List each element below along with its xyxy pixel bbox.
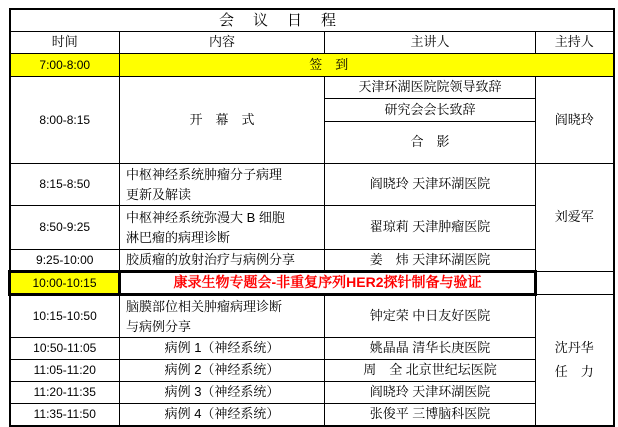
- column-header-speaker: 主讲人: [325, 32, 536, 54]
- opening-speaker-leadership: 天津环湖医院院领导致辞: [325, 77, 536, 99]
- column-header-moderator: 主持人: [536, 32, 614, 54]
- molecular-time: 8:15-8:50: [10, 164, 120, 206]
- case3-content: 病例 3（神经系统）: [120, 382, 325, 404]
- opening-moderator: 阎晓玲: [536, 77, 614, 164]
- late-block-moderators: 沈丹华 任 力: [536, 295, 614, 424]
- meningeal-speaker: 钟定荣 中日友好医院: [325, 295, 536, 338]
- lymphoma-content-line2: 淋巴瘤的病理诊断: [126, 228, 320, 248]
- glioma-speaker: 姜 炜 天津环湖医院: [325, 250, 536, 272]
- agenda-table: 会 议 日 程 时间 内容 主讲人 主持人 7:00-8:00 签 到 8:00…: [8, 8, 615, 423]
- lymphoma-time: 8:50-9:25: [10, 206, 120, 250]
- special-session-title: 康录生物专题会-非重复序列HER2探针制备与验证: [120, 272, 536, 295]
- case2-time: 11:05-11:20: [10, 360, 120, 382]
- case1-time: 10:50-11:05: [10, 338, 120, 360]
- case2-content: 病例 2（神经系统）: [120, 360, 325, 382]
- lymphoma-content-line1: 中枢神经系统弥漫大 B 细胞: [126, 208, 320, 228]
- column-header-content: 内容: [120, 32, 325, 54]
- column-header-time: 时间: [10, 32, 120, 54]
- meningeal-content: 脑膜部位相关肿瘤病理诊断 与病例分享: [120, 295, 325, 338]
- late-block-moderator-2: 任 力: [540, 360, 609, 384]
- late-block-moderator-1: 沈丹华: [540, 336, 609, 360]
- molecular-content-line1: 中枢神经系统肿瘤分子病理: [126, 165, 320, 185]
- case3-time: 11:20-11:35: [10, 382, 120, 404]
- molecular-content-line2: 更新及解读: [126, 185, 320, 205]
- glioma-content: 胶质瘤的放射治疗与病例分享: [120, 250, 325, 272]
- opening-content: 开 幕 式: [120, 77, 325, 164]
- case4-speaker: 张俊平 三博脑科医院: [325, 404, 536, 424]
- case4-time: 11:35-11:50: [10, 404, 120, 424]
- opening-speaker-president: 研究会会长致辞: [325, 99, 536, 122]
- special-session-moderator: [536, 272, 614, 295]
- lymphoma-speaker: 翟琼莉 天津肿瘤医院: [325, 206, 536, 250]
- meningeal-content-line2: 与病例分享: [126, 317, 320, 337]
- lymphoma-content: 中枢神经系统弥漫大 B 细胞 淋巴瘤的病理诊断: [120, 206, 325, 250]
- case4-content: 病例 4（神经系统）: [120, 404, 325, 424]
- molecular-content: 中枢神经系统肿瘤分子病理 更新及解读: [120, 164, 325, 206]
- glioma-time: 9:25-10:00: [10, 250, 120, 272]
- molecular-speaker: 阎晓玲 天津环湖医院: [325, 164, 536, 206]
- meningeal-content-line1: 脑膜部位相关肿瘤病理诊断: [126, 297, 320, 317]
- signin-content: 签 到: [120, 54, 614, 77]
- opening-group-photo: 合 影: [325, 122, 536, 164]
- case2-speaker: 周 全 北京世纪坛医院: [325, 360, 536, 382]
- case1-content: 病例 1（神经系统）: [120, 338, 325, 360]
- case1-speaker: 姚晶晶 清华长庚医院: [325, 338, 536, 360]
- opening-time: 8:00-8:15: [10, 77, 120, 164]
- case3-speaker: 阎晓玲 天津环湖医院: [325, 382, 536, 404]
- page-title: 会 议 日 程: [10, 9, 614, 32]
- special-session-time: 10:00-10:15: [10, 272, 120, 295]
- morning-block-moderator: 刘爱军: [536, 164, 614, 272]
- meningeal-time: 10:15-10:50: [10, 295, 120, 338]
- signin-time: 7:00-8:00: [10, 54, 120, 77]
